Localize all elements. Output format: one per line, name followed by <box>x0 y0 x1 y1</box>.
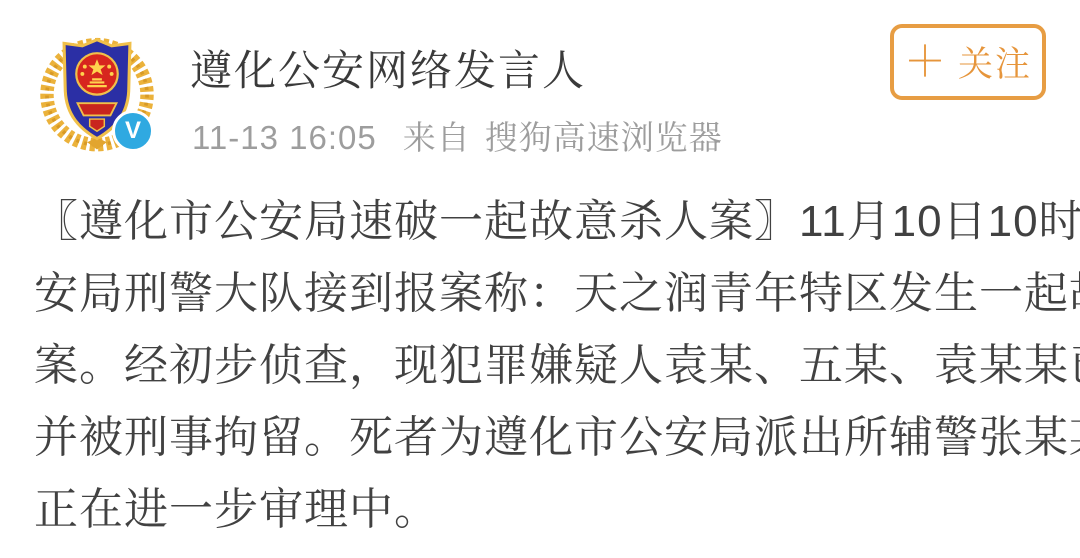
follow-button-label: 关注 <box>958 37 1032 87</box>
post-text-line: 案。经初步侦查，现犯罪嫌疑人袁某、五某、袁某某已被抓获 <box>34 330 1052 402</box>
post-text-line: 并被刑事拘留。死者为遵化市公安局派出所辅警张某某。此案 <box>34 402 1052 474</box>
source-link[interactable]: 搜狗高速浏览器 <box>485 112 723 159</box>
source-prefix: 来自 <box>403 112 471 159</box>
username-link[interactable]: 遵化公安网络发言人 <box>190 38 586 98</box>
verified-badge-icon: V <box>112 110 154 152</box>
post-text-line: 安局刑警大队接到报案称：天之润青年特区发生一起故意杀人 <box>34 258 1052 330</box>
post-text-line: 正在进一步审理中。 <box>34 474 1052 546</box>
post-meta: 11-13 16:05 来自 搜狗高速浏览器 <box>192 112 723 159</box>
weibo-post-card: V 遵化公安网络发言人 11-13 16:05 来自 搜狗高速浏览器 ＋ 关注 … <box>0 0 1080 558</box>
plus-icon: ＋ <box>904 41 946 83</box>
timestamp: 11-13 16:05 <box>192 119 377 157</box>
follow-button[interactable]: ＋ 关注 <box>890 24 1046 100</box>
avatar[interactable]: V <box>36 28 158 154</box>
post-text: 〖遵化市公安局速破一起故意杀人案〗11月10日10时许，遵化公 安局刑警大队接到… <box>34 186 1052 546</box>
post-text-line: 〖遵化市公安局速破一起故意杀人案〗11月10日10时许，遵化公 <box>34 186 1052 258</box>
